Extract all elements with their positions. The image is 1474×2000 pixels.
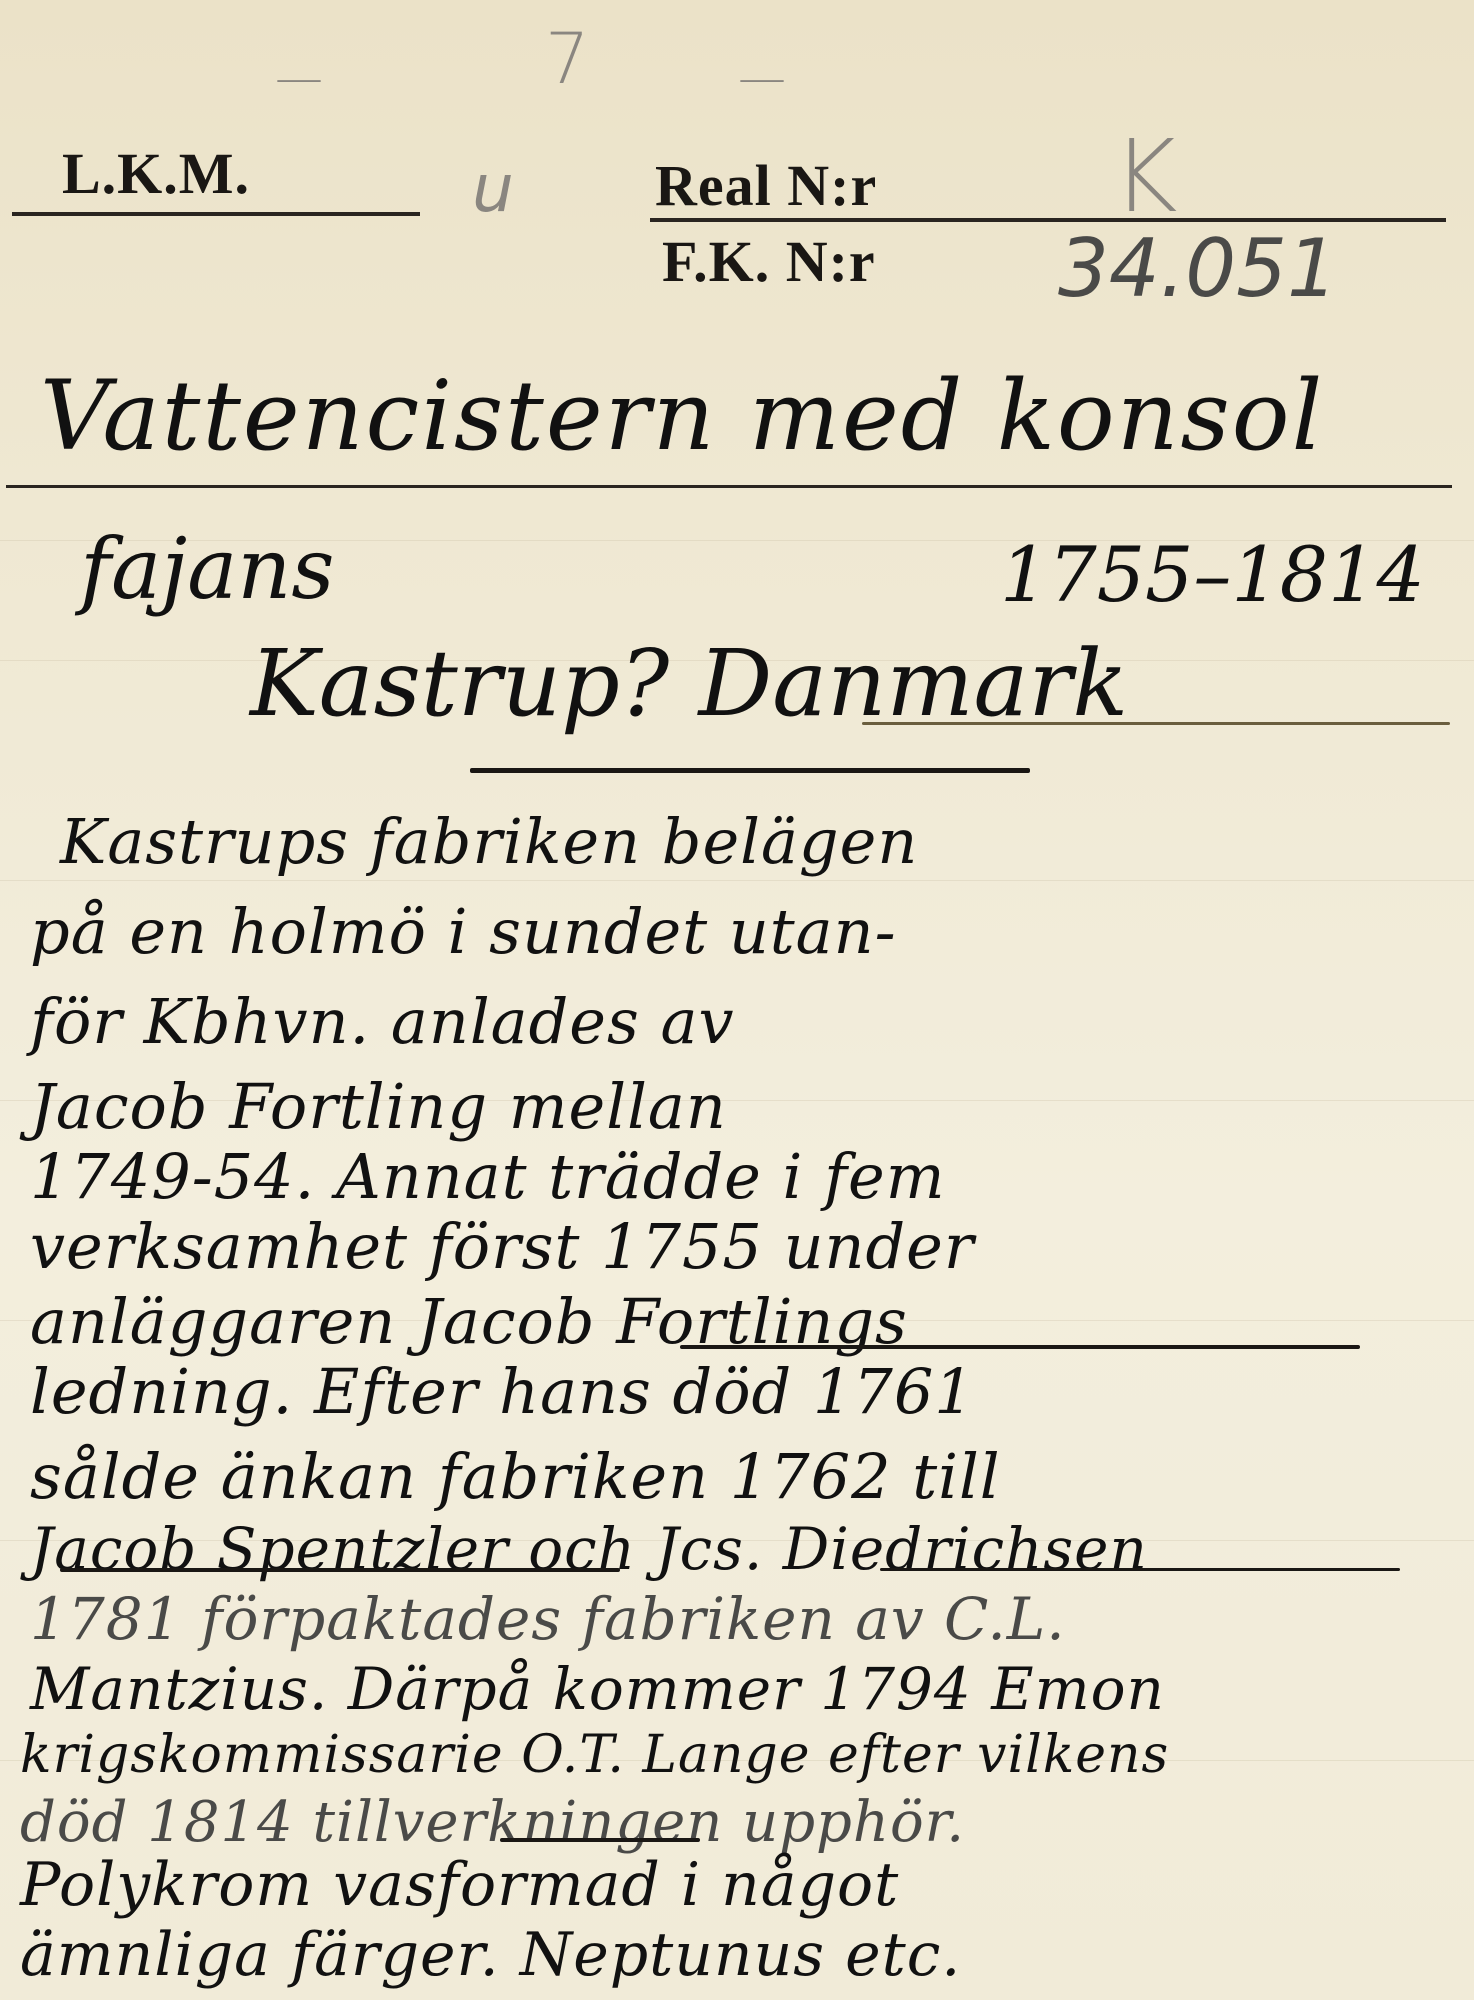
place: Kastrup? Danmark bbox=[250, 630, 1128, 737]
description-line: 1749-54. Annat trädde i fem bbox=[30, 1140, 946, 1213]
real-nr-label: Real N:r bbox=[655, 152, 877, 219]
place-underline bbox=[862, 722, 1450, 725]
fk-nr-value: 34.051 bbox=[1058, 222, 1338, 315]
pencil-dash-left: — bbox=[275, 50, 323, 106]
description-line: sålde änkan fabriken 1762 till bbox=[30, 1440, 1001, 1513]
museum-label: L.K.M. bbox=[62, 140, 250, 207]
title-rule bbox=[6, 485, 1452, 488]
description-line: ämnliga färger. Neptunus etc. bbox=[20, 1920, 961, 1990]
description-line: Kastrups fabriken belägen bbox=[60, 805, 918, 878]
vasformad-underline bbox=[500, 1838, 700, 1842]
description-line: för Kbhvn. anlades av bbox=[30, 985, 735, 1058]
catalog-card: — 7 — L.K.M. u Real N:r K F.K. N:r 34.05… bbox=[0, 0, 1474, 2000]
description-line: krigskommissarie O.T. Lange efter vilken… bbox=[20, 1725, 1169, 1785]
fortling-underline bbox=[680, 1345, 1360, 1349]
description-line: Polykrom vasformad i något bbox=[20, 1850, 899, 1920]
pencil-mark: u bbox=[472, 150, 514, 227]
pencil-dash-right: — bbox=[738, 50, 786, 106]
header-rule-left bbox=[12, 212, 420, 216]
description-line: på en holmö i sundet utan- bbox=[30, 895, 897, 968]
description-line: ledning. Efter hans död 1761 bbox=[30, 1355, 975, 1428]
fk-nr-label: F.K. N:r bbox=[662, 228, 876, 295]
description-line: död 1814 tillverkningen upphör. bbox=[20, 1790, 965, 1855]
diedrichsen-underline bbox=[880, 1568, 1400, 1571]
place-underline-2 bbox=[470, 768, 1030, 773]
description-line: 1781 förpaktades fabriken av C.L. bbox=[30, 1585, 1066, 1653]
spentzler-underline bbox=[60, 1568, 620, 1572]
description-line: Jacob Fortling mellan bbox=[30, 1070, 727, 1143]
description-line: verksamhet först 1755 under bbox=[30, 1210, 974, 1283]
material: fajans bbox=[80, 520, 335, 618]
pencil-number: 7 bbox=[545, 18, 590, 100]
dates: 1755–1814 bbox=[1000, 530, 1425, 619]
description-line: Mantzius. Därpå kommer 1794 Emon bbox=[30, 1655, 1165, 1723]
description-line: Jacob Spentzler och Jcs. Diedrichsen bbox=[30, 1515, 1148, 1583]
object-title: Vattencistern med konsol bbox=[40, 360, 1324, 472]
paper-rule bbox=[0, 880, 1474, 881]
